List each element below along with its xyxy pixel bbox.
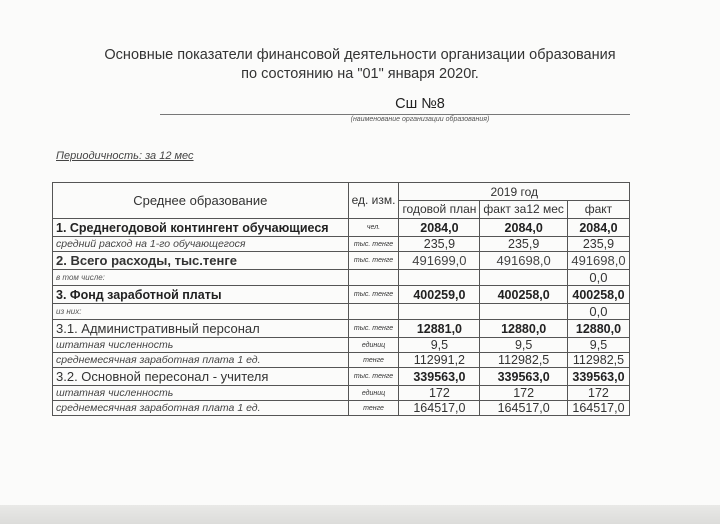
value-annual-plan: 164517,0: [399, 401, 480, 416]
header-fact-12-months: факт за12 мес: [480, 201, 568, 219]
value-fact-12-months: [480, 270, 568, 286]
value-fact-12-months: 400258,0: [480, 286, 568, 304]
value-fact-12-months: 164517,0: [480, 401, 568, 416]
value-annual-plan: 235,9: [399, 237, 480, 252]
row-label: штатная численность: [53, 338, 349, 353]
value-annual-plan: 491699,0: [399, 252, 480, 270]
value-annual-plan: 9,5: [399, 338, 480, 353]
table-row: 1. Среднегодовой контингент обучающиесяч…: [53, 219, 630, 237]
table-row: 3.1. Административный персоналтыс. тенге…: [53, 320, 630, 338]
table-row: штатная численностьединиц172172172: [53, 386, 630, 401]
table-row: из них:0,0: [53, 304, 630, 320]
document-date: по состоянию на "01" января 2020г.: [100, 65, 620, 84]
value-fact: 112982,5: [567, 353, 629, 368]
value-fact: 172: [567, 386, 629, 401]
value-fact-12-months: 172: [480, 386, 568, 401]
scan-bottom-edge: [0, 505, 720, 524]
value-annual-plan: 400259,0: [399, 286, 480, 304]
row-unit: тыс. тенге: [348, 320, 399, 338]
value-fact-12-months: 12880,0: [480, 320, 568, 338]
table-row: средний расход на 1-го обучающегосятыс. …: [53, 237, 630, 252]
value-fact: 400258,0: [567, 286, 629, 304]
row-unit: тыс. тенге: [348, 252, 399, 270]
table-row: 3. Фонд заработной платытыс. тенге400259…: [53, 286, 630, 304]
table-row: 2. Всего расходы, тыс.тенгетыс. тенге491…: [53, 252, 630, 270]
header-fact: факт: [567, 201, 629, 219]
row-label: среднемесячная заработная плата 1 ед.: [53, 401, 349, 416]
row-label: 3.1. Административный персонал: [53, 320, 349, 338]
table-row: в том числе:0,0: [53, 270, 630, 286]
value-fact-12-months: 235,9: [480, 237, 568, 252]
row-label: 3.2. Основной пересонал - учителя: [53, 368, 349, 386]
value-annual-plan: [399, 270, 480, 286]
row-unit: единиц: [348, 338, 399, 353]
value-annual-plan: 112991,2: [399, 353, 480, 368]
row-label: штатная численность: [53, 386, 349, 401]
row-label: 3. Фонд заработной платы: [53, 286, 349, 304]
value-annual-plan: 339563,0: [399, 368, 480, 386]
row-label: 2. Всего расходы, тыс.тенге: [53, 252, 349, 270]
value-fact-12-months: [480, 304, 568, 320]
row-unit: чел.: [348, 219, 399, 237]
value-fact: 0,0: [567, 270, 629, 286]
periodicity-label: Периодичность: за 12 мес: [56, 150, 194, 162]
value-fact: 9,5: [567, 338, 629, 353]
value-annual-plan: 2084,0: [399, 219, 480, 237]
organization-caption: (наименование организации образования): [200, 116, 640, 123]
row-unit: тенге: [348, 353, 399, 368]
value-annual-plan: 12881,0: [399, 320, 480, 338]
organization-name: Сш №8: [200, 96, 640, 112]
value-fact-12-months: 339563,0: [480, 368, 568, 386]
row-unit: [348, 304, 399, 320]
row-label: 1. Среднегодовой контингент обучающиеся: [53, 219, 349, 237]
row-label: из них:: [53, 304, 349, 320]
value-annual-plan: [399, 304, 480, 320]
row-label: в том числе:: [53, 270, 349, 286]
header-unit: ед. изм.: [348, 183, 399, 219]
header-education-level: Среднее образование: [53, 183, 349, 219]
value-fact: 2084,0: [567, 219, 629, 237]
value-annual-plan: 172: [399, 386, 480, 401]
table-row: среднемесячная заработная плата 1 ед.тен…: [53, 353, 630, 368]
row-label: средний расход на 1-го обучающегося: [53, 237, 349, 252]
document-title: Основные показатели финансовой деятельно…: [100, 46, 620, 65]
header-annual-plan: годовой план: [399, 201, 480, 219]
value-fact: 164517,0: [567, 401, 629, 416]
row-unit: тыс. тенге: [348, 368, 399, 386]
row-unit: тенге: [348, 401, 399, 416]
row-unit: [348, 270, 399, 286]
row-unit: тыс. тенге: [348, 286, 399, 304]
value-fact-12-months: 9,5: [480, 338, 568, 353]
table-row: среднемесячная заработная плата 1 ед.тен…: [53, 401, 630, 416]
row-label: среднемесячная заработная плата 1 ед.: [53, 353, 349, 368]
value-fact: 235,9: [567, 237, 629, 252]
value-fact-12-months: 491698,0: [480, 252, 568, 270]
organization-underline: [160, 114, 630, 115]
value-fact: 491698,0: [567, 252, 629, 270]
table-row: штатная численностьединиц9,59,59,5: [53, 338, 630, 353]
row-unit: тыс. тенге: [348, 237, 399, 252]
value-fact-12-months: 2084,0: [480, 219, 568, 237]
financial-table: Среднее образование ед. изм. 2019 год го…: [52, 182, 630, 416]
value-fact: 12880,0: [567, 320, 629, 338]
header-year: 2019 год: [399, 183, 630, 201]
table-row: 3.2. Основной пересонал - учителятыс. те…: [53, 368, 630, 386]
value-fact-12-months: 112982,5: [480, 353, 568, 368]
row-unit: единиц: [348, 386, 399, 401]
value-fact: 0,0: [567, 304, 629, 320]
value-fact: 339563,0: [567, 368, 629, 386]
